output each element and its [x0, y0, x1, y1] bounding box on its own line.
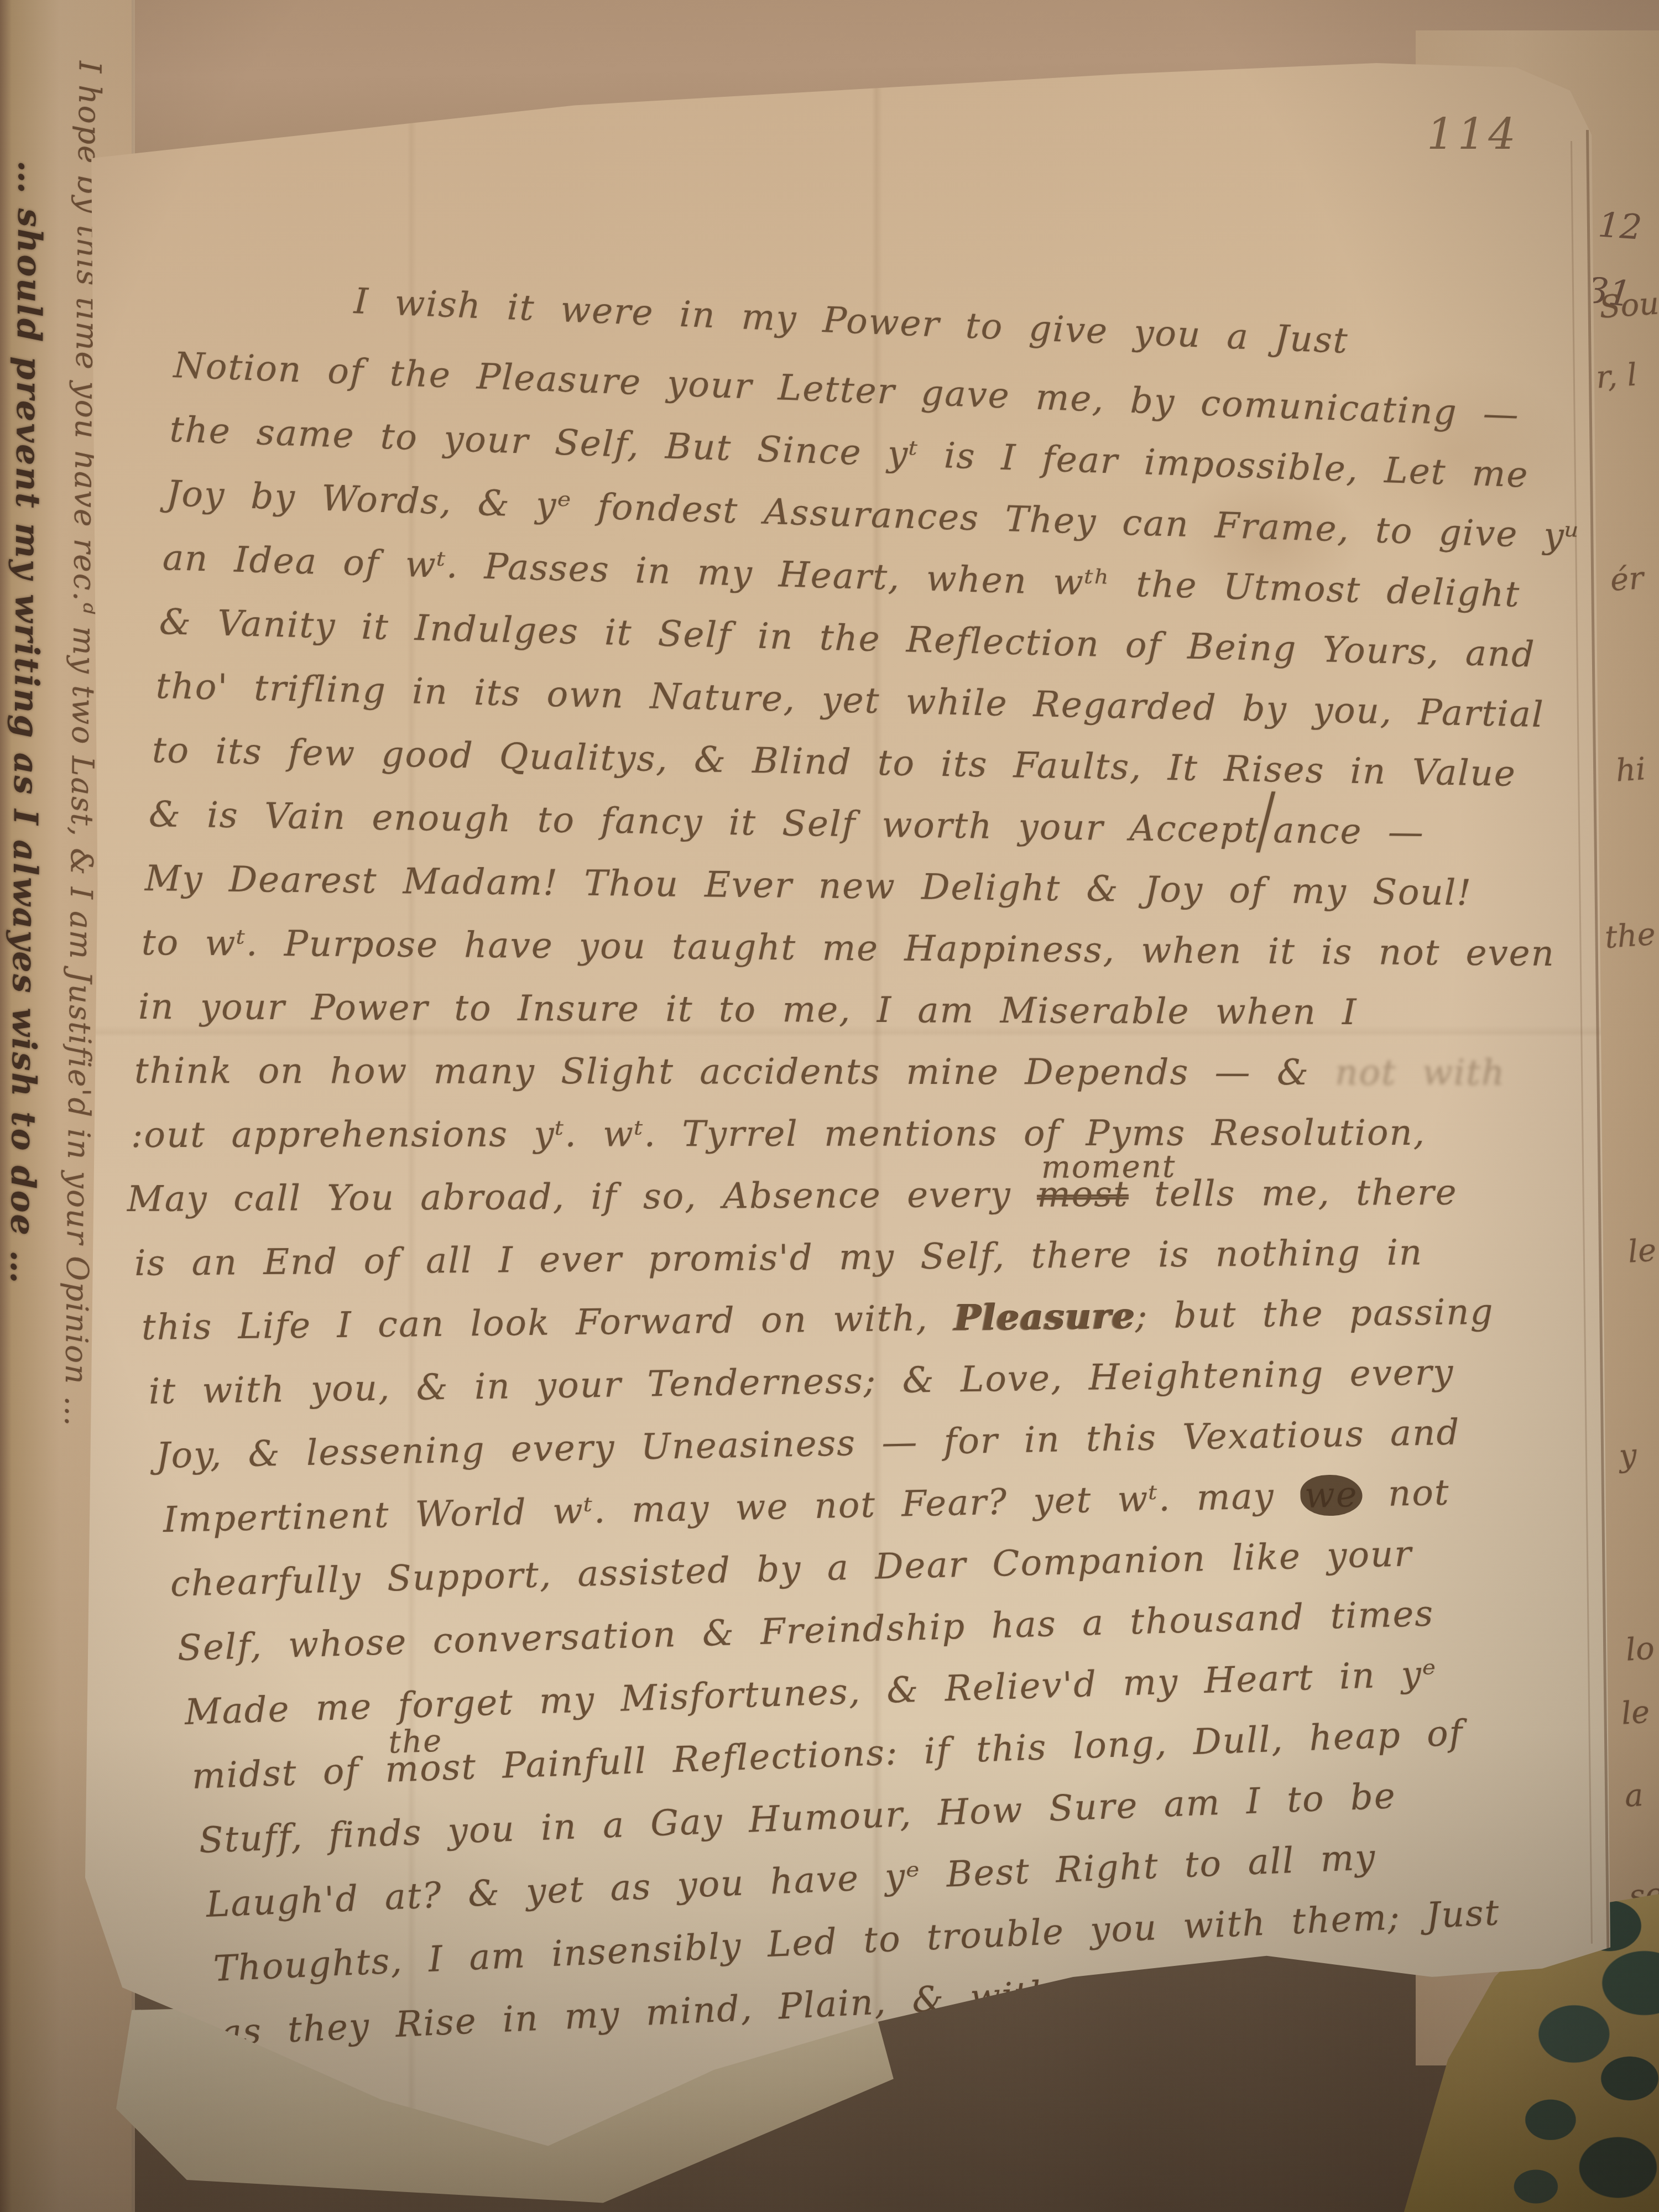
letter-segment-overwrite: Pleasure: [954, 1295, 1135, 1339]
letter-segment: ; but the passing: [1135, 1292, 1494, 1337]
letter-line-12: in your Power to Insure it to me, I am M…: [138, 975, 1582, 1046]
letter-segment: this Life I can look Forward on with,: [142, 1298, 954, 1348]
letter-segment-smudge: not with: [1335, 1052, 1505, 1093]
letter-segment: :out apprehensions yᵗ. wᵗ. Tyrrel mentio…: [131, 1113, 1426, 1156]
letter-segment: May call You abroad, if so, Absence ever…: [127, 1175, 1037, 1220]
letter-segment: ance —: [1273, 810, 1425, 853]
text-fragment: r, l: [1595, 357, 1638, 395]
letter-line-13: think on how many Slight accidents mine …: [134, 1039, 1582, 1105]
text-fragment: ér: [1609, 560, 1645, 598]
letter-text: I wish it were in my Power to give you a…: [77, 269, 1582, 2065]
letter-segment: to wᵗ. Purpose have you taught me Happin…: [142, 922, 1555, 974]
text-fragment: hi: [1615, 751, 1647, 789]
letter-page: 114 I wish it were in my Power to give y…: [77, 53, 1626, 2165]
letter-segment: tells me, there: [1129, 1172, 1458, 1215]
text-fragment: lo: [1625, 1630, 1656, 1668]
letter-segment: midst of: [191, 1750, 386, 1797]
letter-segment: think on how many Slight accidents mine …: [134, 1051, 1335, 1093]
letter-segment: My Dearest Madam! Thou Ever new Delight …: [145, 858, 1473, 914]
text-fragment: the: [1604, 916, 1657, 956]
text-fragment: Sou: [1598, 285, 1659, 325]
letter-segment: is an End of all I ever promis'd my Self…: [134, 1232, 1423, 1284]
letter-line-11: to wᵗ. Purpose have you taught me Happin…: [142, 911, 1582, 986]
letter-segment: & is Vain enough to fancy it Self worth …: [148, 794, 1259, 851]
letter-segment: it with you, & in your Tenderness; & Lov…: [148, 1352, 1454, 1412]
text-fragment: y: [1618, 1437, 1638, 1474]
text-fragment: le: [1620, 1694, 1651, 1731]
text-fragment: le: [1627, 1232, 1657, 1270]
page-number: 114: [1427, 110, 1519, 160]
text-fragment: a: [1624, 1777, 1645, 1814]
letter-segment-blot: we: [1300, 1474, 1363, 1516]
letter-line-14: :out apprehensions yᵗ. wᵗ. Tyrrel mentio…: [131, 1100, 1582, 1167]
letter-segment: in your Power to Insure it to me, I am M…: [138, 987, 1357, 1033]
letter-segment: not: [1362, 1472, 1450, 1515]
